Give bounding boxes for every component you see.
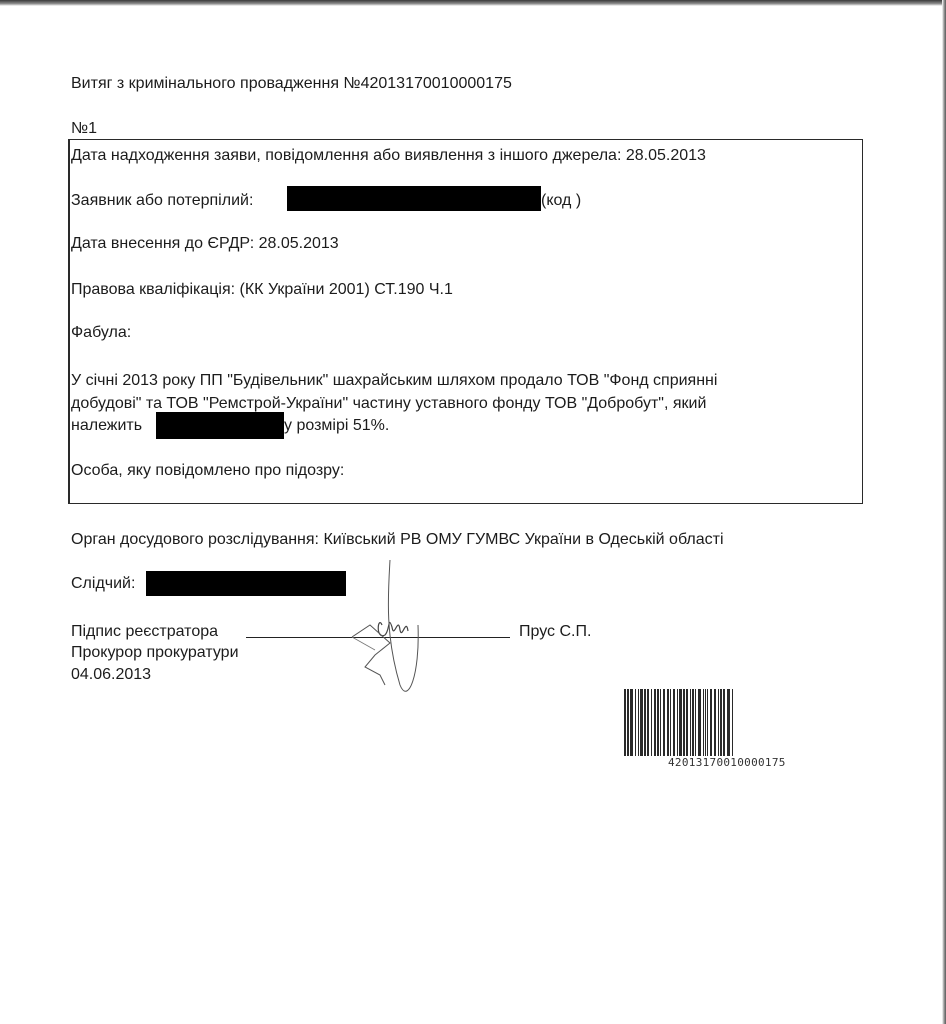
- plot-line-3-prefix: належить: [71, 416, 142, 435]
- receipt-date-line: Дата надходження заяви, повідомлення або…: [71, 146, 706, 165]
- document-date: 04.06.2013: [71, 665, 151, 684]
- signature-icon: [330, 555, 460, 705]
- investigation-body: Орган досудового розслідування: Київськи…: [71, 530, 724, 549]
- scan-edge-top: [0, 0, 946, 6]
- prosecutor-label: Прокурор прокуратури: [71, 643, 239, 662]
- investigator-redaction: [146, 571, 346, 596]
- entry-number: №1: [71, 119, 97, 138]
- suspect-label: Особа, яку повідомлено про підозру:: [71, 461, 344, 480]
- document-title: Витяг з кримінального провадження №42013…: [71, 74, 512, 93]
- barcode: [624, 689, 864, 756]
- owner-redaction: [156, 412, 284, 439]
- investigator-label: Слідчий:: [71, 574, 135, 593]
- barcode-number: 42013170010000175: [668, 756, 786, 769]
- plot-line-1: У січні 2013 року ПП "Будівельник" шахра…: [71, 371, 717, 390]
- applicant-redaction: [287, 186, 541, 211]
- scan-edge-right: [942, 0, 946, 1024]
- registrar-signature-label: Підпис реєстратора: [71, 622, 218, 641]
- plot-line-3-suffix: у розмірі 51%.: [284, 416, 389, 435]
- erdr-date-line: Дата внесення до ЄРДР: 28.05.2013: [71, 234, 339, 253]
- applicant-code: (код ): [541, 191, 581, 210]
- applicant-label: Заявник або потерпілий:: [71, 191, 253, 210]
- plot-line-2: добудові" та ТОВ "Ремстрой-України" част…: [71, 394, 706, 413]
- plot-label: Фабула:: [71, 323, 131, 342]
- registrar-name: Прус С.П.: [519, 622, 591, 641]
- qualification-line: Правова кваліфікація: (КК України 2001) …: [71, 280, 453, 299]
